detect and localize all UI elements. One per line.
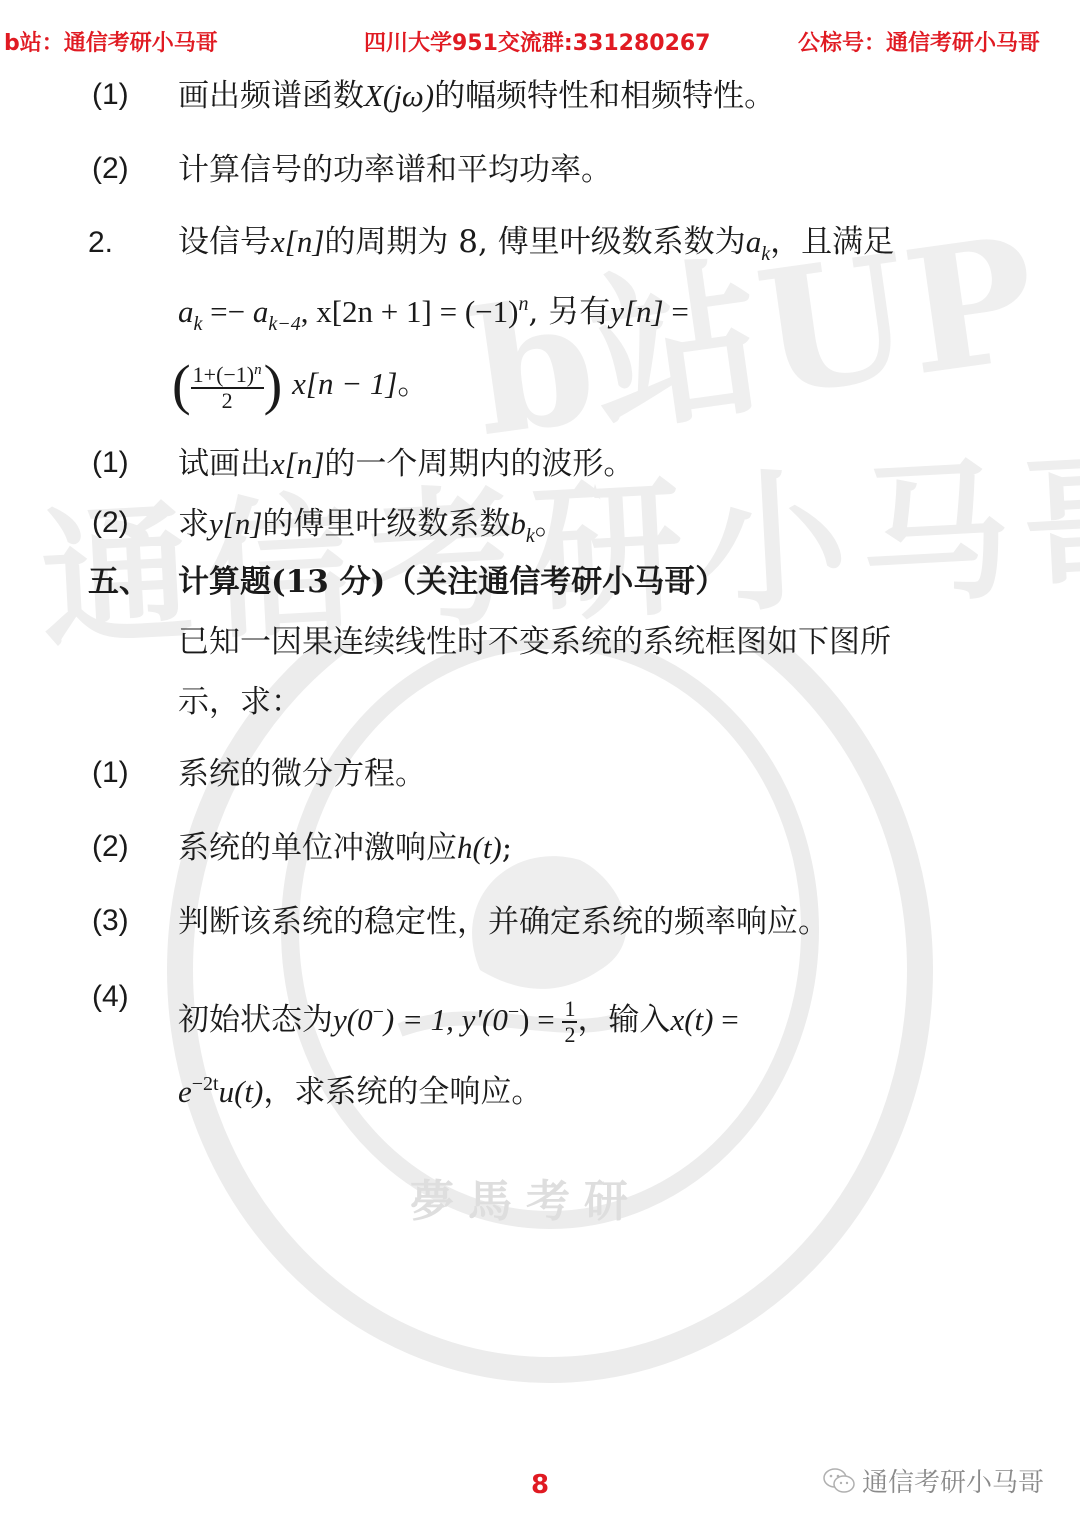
item-number: (4): [92, 980, 129, 1014]
paren: (: [172, 355, 191, 417]
frac-denominator: 2: [562, 1023, 577, 1047]
question-number: 2.: [88, 226, 113, 260]
text: ，输入: [577, 1002, 670, 1038]
item-number: (1): [92, 756, 129, 790]
header-bilibili-label: b站：通信考研小马哥: [4, 26, 218, 57]
math-expr: h(t): [457, 830, 502, 865]
text: 系统的单位冲激响应: [178, 830, 457, 866]
text: 的傅里叶级数系数: [262, 506, 510, 542]
math-expr: x[n]: [271, 224, 324, 259]
text: ，且满足: [770, 224, 894, 260]
text: 试画出: [178, 446, 271, 482]
q2-sub1-text: 试画出x[n]的一个周期内的波形。: [178, 444, 634, 484]
math-expr: =: [664, 294, 689, 329]
math-expr: b: [510, 506, 526, 541]
wechat-icon: [822, 1466, 856, 1496]
superscript: n: [254, 362, 262, 378]
math-expr: y[n]: [209, 506, 262, 541]
math-expr: x[n]: [271, 446, 324, 481]
math-expr: e: [178, 1074, 192, 1109]
sec5-sub4-line1: 初始状态为y(0−) = 1, y'(0−) = 12，输入x(t) =: [178, 992, 739, 1047]
math-expr: X(jω): [364, 78, 434, 113]
superscript: −: [508, 1001, 519, 1023]
math-expr: u(t): [219, 1074, 264, 1109]
sec5-sub2-text: 系统的单位冲激响应h(t);: [178, 828, 512, 868]
sec5-sub1-text: 系统的微分方程。: [178, 754, 426, 794]
header-wechat-label: 公棕号：通信考研小马哥: [798, 26, 1040, 57]
text: 初始状态为: [178, 1002, 333, 1038]
frac-denominator: 2: [191, 389, 264, 413]
math-expr: y[n]: [610, 294, 663, 329]
subscript: k: [526, 525, 535, 547]
frac-numerator: 1+(−1): [193, 362, 254, 387]
text: 的幅频特性和相频特性。: [434, 78, 775, 114]
text: ;: [502, 830, 512, 866]
text: 的一个周期内的波形。: [324, 446, 634, 482]
math-expr: ) =: [519, 1002, 562, 1037]
math-expr: y(0: [333, 1002, 373, 1037]
fraction: 12: [562, 997, 577, 1047]
math-expr: x[n − 1]: [292, 366, 397, 401]
page-number: 8: [531, 1470, 549, 1500]
item-number: (2): [92, 152, 129, 186]
q2-line1: 设信号x[n]的周期为 8, 傅里叶级数系数为ak，且满足: [178, 222, 894, 274]
section-title: 计算题(13 分)（关注通信考研小马哥）: [178, 562, 726, 602]
text: 的周期为 8, 傅里叶级数系数为: [324, 224, 745, 260]
text: 。: [535, 506, 566, 542]
fraction: 1+(−1)n2: [191, 358, 264, 413]
math-expr: a: [746, 224, 762, 259]
section-desc-line2: 示，求：: [178, 682, 302, 722]
text: 求: [178, 506, 209, 542]
text: ，求系统的全响应。: [263, 1074, 542, 1110]
footer-brand-label: 通信考研小马哥: [862, 1462, 1044, 1499]
sec5-sub4-line2: e−2tu(t)，求系统的全响应。: [178, 1064, 542, 1112]
subscript: k: [761, 243, 770, 265]
sec5-sub3-text: 判断该系统的稳定性，并确定系统的频率响应。: [178, 902, 829, 942]
text: , 另有: [528, 294, 610, 330]
math-expr: =−: [202, 294, 252, 329]
q2-line2: ak =− ak−4, x[2n + 1] = (−1)n, 另有y[n] =: [178, 284, 689, 344]
frac-numerator: 1: [562, 997, 577, 1023]
text: 画出频谱函数: [178, 78, 364, 114]
section-number: 五、: [88, 562, 150, 602]
math-expr: ) = 1, y'(0: [384, 1002, 508, 1037]
header-group-label: 四川大学951交流群:331280267: [364, 26, 711, 57]
item-number: (3): [92, 904, 129, 938]
text: 。: [397, 366, 428, 402]
paren: ): [264, 355, 283, 417]
math-expr: a: [178, 294, 194, 329]
item-number: (1): [92, 446, 129, 480]
item-number: (1): [92, 78, 129, 112]
q1-sub2-text: 计算信号的功率谱和平均功率。: [178, 150, 612, 190]
superscript: −2t: [192, 1073, 219, 1095]
item-number: (2): [92, 506, 129, 540]
text: 设信号: [178, 224, 271, 260]
math-expr: x(t): [670, 1002, 713, 1037]
math-expr: a: [253, 294, 269, 329]
superscript: −: [373, 1001, 384, 1023]
seal-cn-text: 夢馬考研: [410, 1165, 642, 1229]
q2-line3: (1+(−1)n2) x[n − 1]。: [172, 358, 428, 413]
footer-brand: 通信考研小马哥: [822, 1462, 1044, 1499]
superscript: n: [518, 293, 528, 315]
q1-sub1-text: 画出频谱函数X(jω)的幅频特性和相频特性。: [178, 76, 775, 116]
math-expr: , x[2n + 1] = (−1): [301, 294, 519, 329]
section-desc-line1: 已知一因果连续线性时不变系统的系统框图如下图所: [178, 622, 891, 662]
item-number: (2): [92, 830, 129, 864]
subscript: k−4: [268, 313, 300, 335]
math-expr: =: [713, 1002, 738, 1037]
q2-sub2-text: 求y[n]的傅里叶级数系数bk。: [178, 504, 566, 556]
page-header: b站：通信考研小马哥 四川大学951交流群:331280267 公棕号：通信考研…: [0, 26, 1080, 58]
